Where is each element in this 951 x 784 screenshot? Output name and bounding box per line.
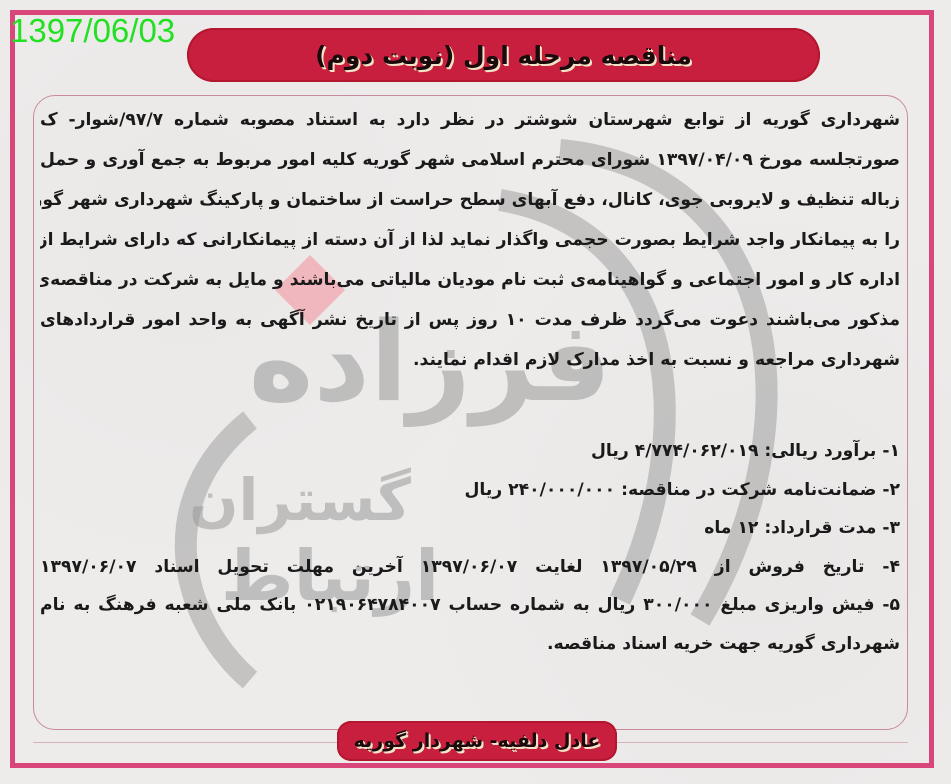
list-item-guarantee: ۲- ضمانت‌نامه شرکت در مناقصه: ۲۴۰/۰۰۰/۰۰… — [40, 471, 900, 510]
list-item-payment-continued: شهرداری گوریه جهت خریه اسناد مناقصه. — [40, 625, 900, 664]
body-line: زباله تنظیف و لایروبی جوی، کانال، دفع آب… — [40, 180, 900, 220]
signature-banner: عادل دلفیه- شهردار گوریه — [337, 721, 617, 761]
signature: عادل دلفیه- شهردار گوریه — [354, 730, 601, 752]
list-item-duration: ۳- مدت قرارداد: ۱۲ ماه — [40, 509, 900, 548]
body-line: اداره کار و امور اجتماعی و گواهینامه‌ی ث… — [40, 260, 900, 300]
date-stamp: 1397/06/03 — [10, 14, 175, 47]
announcement-body: شهرداری گوریه از توابع شهرستان شوشتر در … — [40, 100, 900, 380]
conditions-list: ۱- برآورد ریالی: ۴/۷۷۴/۰۶۲/۰۱۹ ریال ۲- ض… — [40, 432, 900, 663]
list-item-sale-dates: ۴- تاریخ فروش از ۱۳۹۷/۰۵/۲۹ لغایت ۱۳۹۷/۰… — [40, 548, 900, 587]
body-line: صورتجلسه مورخ ۱۳۹۷/۰۴/۰۹ شورای محترم اسل… — [40, 140, 900, 180]
body-line: شهرداری گوریه از توابع شهرستان شوشتر در … — [40, 100, 900, 140]
body-line: شهرداری مراجعه و نسبت به اخذ مدارک لازم … — [40, 340, 900, 380]
body-line: مذکور می‌باشند دعوت می‌گردد ظرف مدت ۱۰ ر… — [40, 300, 900, 340]
title-banner: مناقصه مرحله اول (نوبت دوم) — [187, 28, 820, 82]
page-title: مناقصه مرحله اول (نوبت دوم) — [315, 41, 692, 70]
list-item-estimate: ۱- برآورد ریالی: ۴/۷۷۴/۰۶۲/۰۱۹ ریال — [40, 432, 900, 471]
list-item-payment: ۵- فیش واریزی مبلغ ۳۰۰/۰۰۰ ریال به شماره… — [40, 586, 900, 625]
body-line: را به پیمانکار واجد شرایط بصورت حجمی واگ… — [40, 220, 900, 260]
